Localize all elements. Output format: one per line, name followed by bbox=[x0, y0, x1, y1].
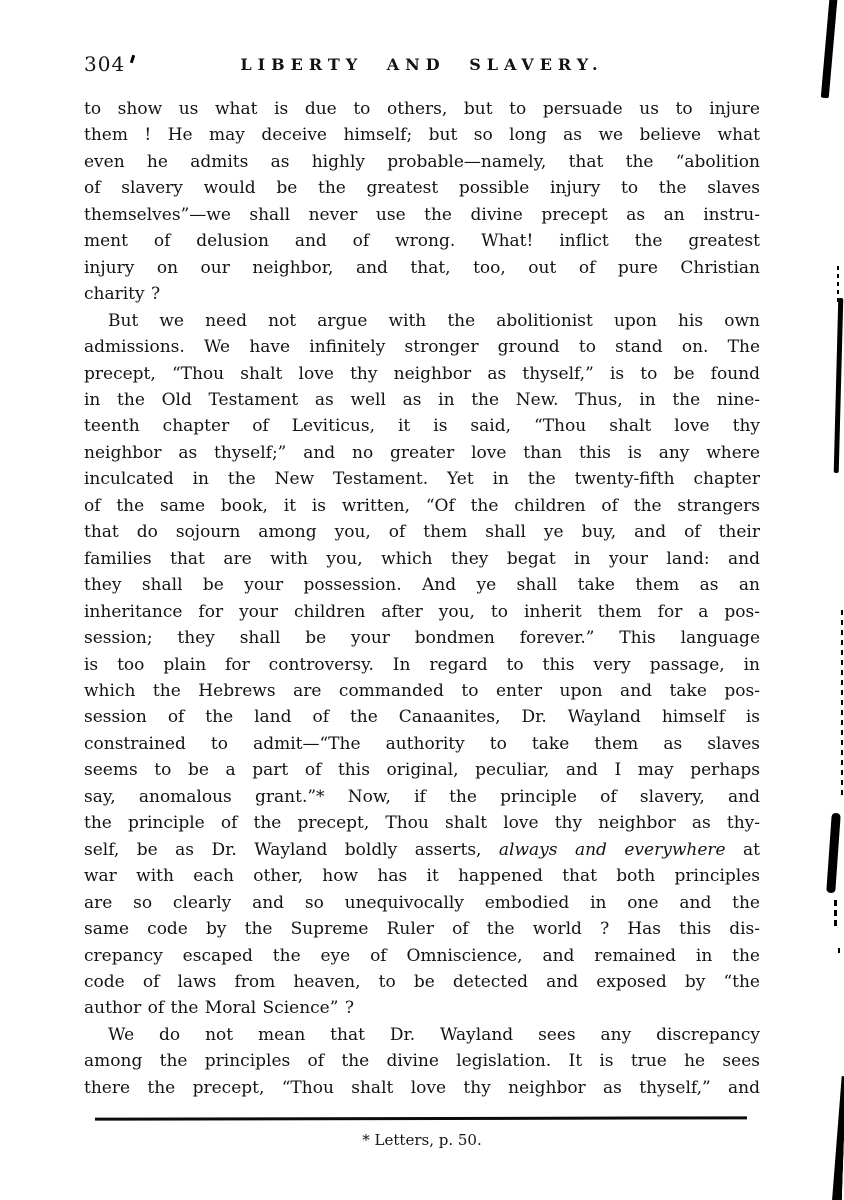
text-line: injury on our neighbor, and that, too, o… bbox=[84, 255, 760, 281]
text-line: crepancy escaped the eye of Omniscience,… bbox=[84, 943, 760, 969]
text-segment: author of the Moral Science” ? bbox=[84, 998, 354, 1018]
text-line: seems to be a part of this original, pec… bbox=[84, 757, 760, 783]
text-segment: injury on our neighbor, and that, too, o… bbox=[84, 258, 760, 278]
text-line: admissions. We have infinitely stronger … bbox=[84, 334, 760, 360]
text-segment: which the Hebrews are commanded to enter… bbox=[84, 681, 760, 701]
text-line: themselves”—we shall never use the divin… bbox=[84, 202, 760, 228]
text-line: in the Old Testament as well as in the N… bbox=[84, 387, 760, 413]
italic-text: always and everywhere bbox=[499, 840, 726, 860]
text-line: code of laws from heaven, to be detected… bbox=[84, 969, 760, 995]
scan-artifact-dashes-upper bbox=[837, 266, 839, 302]
text-line: ment of delusion and of wrong. What! inf… bbox=[84, 228, 760, 254]
text-segment: neighbor as thyself;” and no greater lov… bbox=[84, 443, 760, 463]
text-segment: at bbox=[726, 840, 760, 860]
text-line: inheritance for your children after you,… bbox=[84, 599, 760, 625]
text-line: of the same book, it is written, “Of the… bbox=[84, 493, 760, 519]
body-text: to show us what is due to others, but to… bbox=[84, 96, 760, 1101]
text-line: neighbor as thyself;” and no greater lov… bbox=[84, 440, 760, 466]
text-segment: is too plain for controversy. In regard … bbox=[84, 655, 760, 675]
text-segment: the principle of the precept, Thou shalt… bbox=[84, 813, 760, 833]
text-segment: session of the land of the Canaanites, D… bbox=[84, 707, 760, 727]
text-segment: are so clearly and so unequivocally embo… bbox=[84, 893, 760, 913]
text-segment: We do not mean that Dr. Wayland sees any… bbox=[108, 1025, 760, 1045]
text-segment: among the principles of the divine legis… bbox=[84, 1051, 760, 1071]
text-line: are so clearly and so unequivocally embo… bbox=[84, 890, 760, 916]
text-line: We do not mean that Dr. Wayland sees any… bbox=[84, 1022, 760, 1048]
text-segment: same code by the Supreme Ruler of the wo… bbox=[84, 919, 760, 939]
text-segment: to show us what is due to others, but to… bbox=[84, 99, 760, 119]
text-segment: in the Old Testament as well as in the N… bbox=[84, 390, 760, 410]
text-line: which the Hebrews are commanded to enter… bbox=[84, 678, 760, 704]
text-line: author of the Moral Science” ? bbox=[84, 995, 760, 1021]
text-line: is too plain for controversy. In regard … bbox=[84, 652, 760, 678]
text-line: session; they shall be your bondmen fore… bbox=[84, 625, 760, 651]
text-segment: self, be as Dr. Wayland boldly asserts, bbox=[84, 840, 499, 860]
text-line: teenth chapter of Leviticus, it is said,… bbox=[84, 413, 760, 439]
text-segment: ment of delusion and of wrong. What! inf… bbox=[84, 231, 760, 251]
text-line: war with each other, how has it happened… bbox=[84, 863, 760, 889]
text-segment: crepancy escaped the eye of Omniscience,… bbox=[84, 946, 760, 966]
text-line: the principle of the precept, Thou shalt… bbox=[84, 810, 760, 836]
text-line: precept, “Thou shalt love thy neighbor a… bbox=[84, 361, 760, 387]
text-segment: themselves”—we shall never use the divin… bbox=[84, 205, 760, 225]
text-segment: admissions. We have infinitely stronger … bbox=[84, 337, 760, 357]
text-segment: families that are with you, which they b… bbox=[84, 549, 760, 569]
text-segment: But we need not argue with the abolition… bbox=[108, 311, 760, 331]
footnote-rule bbox=[95, 1116, 747, 1120]
text-line: inculcated in the New Testament. Yet in … bbox=[84, 466, 760, 492]
text-segment: say, anomalous grant.”* Now, if the prin… bbox=[84, 787, 760, 807]
text-segment: session; they shall be your bondmen fore… bbox=[84, 628, 760, 648]
text-line: charity ? bbox=[84, 281, 760, 307]
text-line: they shall be your possession. And ye sh… bbox=[84, 572, 760, 598]
text-segment: inculcated in the New Testament. Yet in … bbox=[84, 469, 760, 489]
text-line: same code by the Supreme Ruler of the wo… bbox=[84, 916, 760, 942]
text-line: that do sojourn among you, of them shall… bbox=[84, 519, 760, 545]
scan-artifact-dashes-lower bbox=[834, 900, 837, 930]
scan-artifact-dashes-middle bbox=[841, 610, 843, 795]
text-segment: code of laws from heaven, to be detected… bbox=[84, 972, 760, 992]
text-segment: they shall be your possession. And ye sh… bbox=[84, 575, 760, 595]
scan-artifact-streak-middle bbox=[834, 298, 844, 473]
text-line: even he admits as highly probable—namely… bbox=[84, 149, 760, 175]
text-line: session of the land of the Canaanites, D… bbox=[84, 704, 760, 730]
text-segment: that do sojourn among you, of them shall… bbox=[84, 522, 760, 542]
scan-artifact-speck bbox=[838, 948, 840, 953]
text-line: But we need not argue with the abolition… bbox=[84, 308, 760, 334]
text-segment: them ! He may deceive himself; but so lo… bbox=[84, 125, 760, 145]
text-segment: seems to be a part of this original, pec… bbox=[84, 760, 760, 780]
running-title: LIBERTY AND SLAVERY. bbox=[84, 55, 760, 74]
text-line: among the principles of the divine legis… bbox=[84, 1048, 760, 1074]
text-segment: of slavery would be the greatest possibl… bbox=[84, 178, 760, 198]
text-segment: of the same book, it is written, “Of the… bbox=[84, 496, 760, 516]
text-segment: constrained to admit—“The authority to t… bbox=[84, 734, 760, 754]
text-line: them ! He may deceive himself; but so lo… bbox=[84, 122, 760, 148]
book-page: 304 LIBERTY AND SLAVERY. to show us what… bbox=[0, 0, 844, 1200]
text-line: there the precept, “Thou shalt love thy … bbox=[84, 1075, 760, 1101]
text-line: constrained to admit—“The authority to t… bbox=[84, 731, 760, 757]
text-segment: charity ? bbox=[84, 284, 160, 304]
text-line: to show us what is due to others, but to… bbox=[84, 96, 760, 122]
page-header: 304 LIBERTY AND SLAVERY. bbox=[84, 50, 760, 82]
footnote: * Letters, p. 50. bbox=[84, 1131, 760, 1149]
text-segment: even he admits as highly probable—namely… bbox=[84, 152, 760, 172]
text-line: self, be as Dr. Wayland boldly asserts, … bbox=[84, 837, 760, 863]
text-line: families that are with you, which they b… bbox=[84, 546, 760, 572]
text-segment: precept, “Thou shalt love thy neighbor a… bbox=[84, 364, 760, 384]
scan-artifact-top-right-slash bbox=[821, 0, 838, 98]
text-segment: war with each other, how has it happened… bbox=[84, 866, 760, 886]
scan-artifact-bottom-right-streak bbox=[832, 1076, 844, 1200]
text-line: say, anomalous grant.”* Now, if the prin… bbox=[84, 784, 760, 810]
text-segment: there the precept, “Thou shalt love thy … bbox=[84, 1078, 760, 1098]
text-segment: teenth chapter of Leviticus, it is said,… bbox=[84, 416, 760, 436]
text-segment: inheritance for your children after you,… bbox=[84, 602, 760, 622]
text-line: of slavery would be the greatest possibl… bbox=[84, 175, 760, 201]
scan-artifact-blob bbox=[826, 813, 841, 893]
